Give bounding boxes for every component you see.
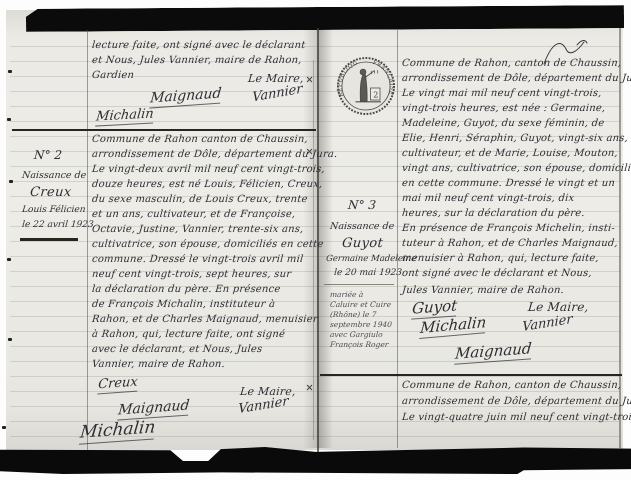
prev-act-line: et Nous, Jules Vannier, maire de Rahon, [92, 55, 303, 66]
act2-margin-surname: Creux [29, 185, 72, 200]
act3-mention-line: mariée à [330, 290, 364, 299]
act2-body-line: Octavie, Justine, Vannier, trente-six an… [92, 224, 304, 235]
act2-body-line: arrondissement de Dôle, département du J… [92, 149, 338, 160]
act2-body-line: avec le déclarant, et Nous, Jules [92, 344, 263, 355]
act3-body-line: tuteur à Rahon, et de Charles Maignaud, [402, 238, 619, 249]
act3-body-line: mai mil neuf cent vingt-trois, dix [402, 193, 575, 204]
act3-body-line: En présence de François Michelin, insti- [402, 223, 616, 234]
act2-body-line: à Rahon, qui, lecture faite, ont signé [92, 329, 286, 340]
binding-edge-mark [7, 118, 11, 121]
prev-act-line: lecture faite, ont signé avec le déclara… [92, 40, 306, 51]
act3-body-line: vingt ans, cultivatrice, son épouse, dom… [402, 163, 631, 174]
act2-body-line: Vannier, maire de Rahon. [92, 359, 226, 370]
scanner-background-bottom [0, 447, 631, 474]
act2-margin-date: le 22 avril 1923 [22, 220, 95, 230]
scanner-background-top [26, 5, 624, 32]
act3-body-line: Le vingt mai mil neuf cent vingt-trois, [402, 88, 603, 99]
act3-mention-line: avec Gargiulo [330, 330, 383, 339]
act3-margin-nature: Naissance de [330, 221, 395, 232]
act3-body-line: arrondissement de Dôle, département du J… [402, 73, 631, 84]
act3-body-line: Elie, Henri, Séraphin, Guyot, vingt-six … [402, 133, 629, 144]
act3-body-line: heures, sur la déclaration du père. [402, 208, 586, 219]
act2-body-line: Commune de Rahon canton de Chaussin, [92, 134, 309, 145]
act-separator-rule-right [320, 374, 622, 376]
act3-body-line: ont signé avec le déclarant et Nous, [402, 268, 593, 279]
act3-mention-line: Caluire et Cuire [330, 300, 392, 309]
act3-mention-line: septembre 1940 [330, 320, 393, 329]
act3-body-line: Commune de Rahon, canton de Chaussin, [402, 58, 622, 69]
scan-artifact-speck [2, 426, 6, 429]
binding-edge-mark [9, 180, 13, 183]
signature-michalin: Michalin [95, 106, 154, 126]
act2-body-line: neuf cent vingt-trois, sept heures, sur [92, 269, 292, 280]
binding-edge-mark [7, 258, 11, 261]
stamp-value: 2 [373, 91, 378, 100]
margin-note-underline [20, 238, 78, 241]
act2-body-line: la déclaration du père. En présence [92, 284, 281, 295]
act2-body-line: douze heures, est né Louis, Félicien, Cr… [92, 179, 323, 190]
act3-body-line: vingt-trois heures, est née : Germaine, [402, 103, 606, 114]
act2-body-line: Le vingt-deux avril mil neuf cent vingt-… [92, 164, 326, 175]
act3-body-line: menuisier à Rahon, qui, lecture faite, [402, 253, 600, 264]
act2-margin-given-names: Louis Félicien [22, 205, 86, 215]
fold-stitch-mark [306, 76, 313, 83]
act2-body-line: et un ans, cultivateur, et de Françoise, [92, 209, 296, 220]
act4-body-line: arrondissement de Dôle, département du J… [402, 396, 631, 407]
fold-stitch-mark [306, 384, 313, 391]
right-page-margin-rule [397, 30, 398, 448]
register-scan: lecture faite, ont signé avec le déclara… [0, 0, 631, 480]
left-page-edge [313, 60, 314, 440]
signature-creux: Creux [97, 375, 138, 395]
act-separator-rule-left [12, 129, 316, 131]
act4-body-line: Le vingt-quatre juin mil neuf cent vingt… [402, 412, 631, 423]
binding-edge-mark [8, 338, 12, 341]
act3-mention-line: (Rhône) le 7 [330, 310, 377, 319]
act2-body-line: Rahon, et de Charles Maignaud, menuisier [92, 314, 319, 325]
act3-margin-surname: Guyot [341, 236, 383, 251]
act3-body-line: Madeleine, Guyot, du sexe féminin, de [402, 118, 605, 129]
act4-body-line: Commune de Rahon, canton de Chaussin, [402, 380, 622, 391]
act2-body-line: du sexe masculin, de Louis Creux, trente [92, 194, 309, 205]
act2-body-line: commune. Dressé le vingt-trois avril mil [92, 254, 304, 265]
act2-body-line: cultivatrice, son épouse, domiciliés en … [92, 239, 324, 250]
act2-margin-number: N° 2 [33, 148, 62, 162]
act2-margin-nature: Naissance de [22, 170, 87, 181]
act3-margin-number: N° 3 [347, 198, 376, 212]
republique-francaise-stamp: RÉPUBLIQUE FRANÇAISE 2 [336, 56, 396, 116]
binding-edge-mark [8, 70, 12, 73]
act2-body-line: de François Michalin, instituteur à [92, 299, 276, 310]
prev-act-line: Gardien [92, 70, 135, 81]
act3-mention-line: François Roger [330, 340, 389, 349]
act3-body-line: cultivateur, et de Marie, Louise, Mouton… [402, 148, 619, 159]
act3-margin-date: le 20 mai 1923 [334, 268, 403, 278]
margin-date-underline [324, 284, 394, 285]
act3-body-line: en cette commune. Dressé le vingt et un [402, 178, 616, 189]
act3-body-line: Jules Vannier, maire de Rahon. [402, 285, 565, 296]
left-page-margin-rule [87, 30, 88, 450]
maire-title: Le Maire, [527, 300, 589, 314]
